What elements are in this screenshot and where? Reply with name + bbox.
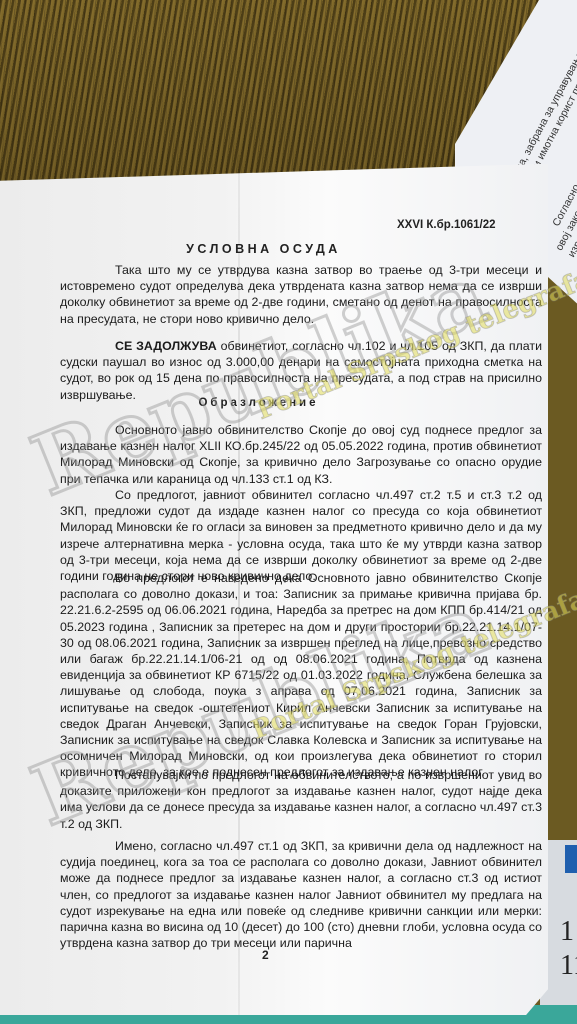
paragraph-reasoning-1: Основното јавно обвинителство Скопје до … <box>60 422 542 487</box>
paragraph-1-text: Така што му се утврдува казна затвор во … <box>60 263 542 326</box>
paragraph-6-text: Постапувајќи по предлогот на обвинителст… <box>60 768 542 831</box>
paragraph-4-text: Со предлогот, јавниот обвинител согласно… <box>60 488 542 583</box>
paragraph-legal-basis: Имено, согласно чл.497 ст.1 од ЗКП, за к… <box>60 838 542 951</box>
paragraph-7-text: Имено, согласно чл.497 ст.1 од ЗКП, за к… <box>60 839 542 950</box>
paragraph-5-text: Во предлогот е наведено дека Основното ј… <box>60 571 542 779</box>
page-number: 2 <box>262 948 269 962</box>
obligation-bold-label: СЕ ЗАДОЛЖУВА <box>115 339 217 353</box>
paragraph-sentence: Така што му се утврдува казна затвор во … <box>60 262 542 327</box>
section-heading: Образложение <box>0 397 547 409</box>
paragraph-court-finding: Постапувајќи по предлогот на обвинителст… <box>60 767 542 832</box>
case-number: XXVI К.бр.1061/22 <box>397 219 496 231</box>
paragraph-obligation: СЕ ЗАДОЛЖУВА обвинетиот, согласно чл.102… <box>60 338 542 403</box>
right-sheet-digits: 1 11 <box>560 915 577 983</box>
blue-object <box>565 845 577 873</box>
paragraph-3-text: Основното јавно обвинителство Скопје до … <box>60 423 542 486</box>
document-title: УСЛОВНА ОСУДА <box>0 242 552 256</box>
paragraph-evidence: Во предлогот е наведено дека Основното ј… <box>60 570 542 781</box>
